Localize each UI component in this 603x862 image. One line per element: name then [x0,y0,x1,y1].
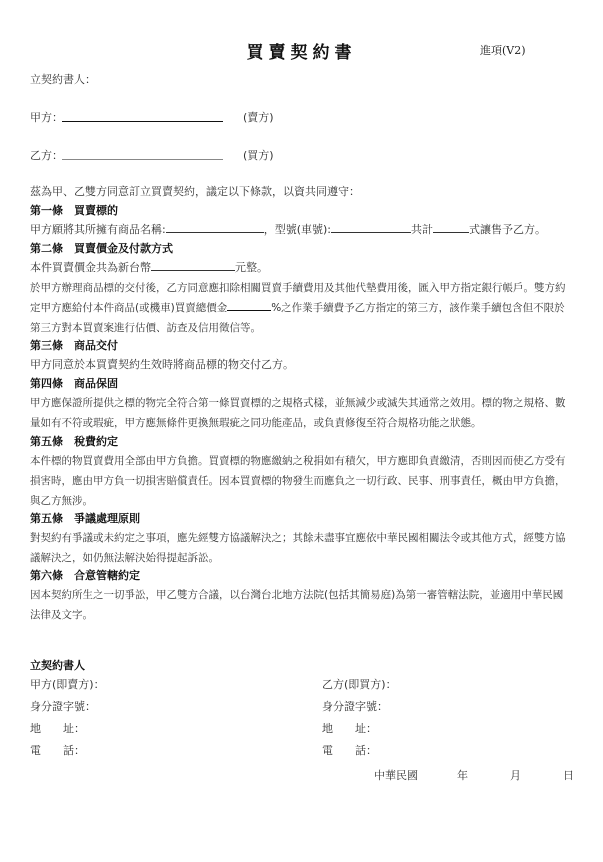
article-5-line-3: 與乙方無涉。 [30,491,93,511]
article-6-heading: 第六條 合意管轄約定 [30,566,140,586]
article-5-line-1: 本件標的物買賣費用全部由甲方負擔。買賣標的物應繳納之稅捐如有積欠，甲方應即負責繳… [30,451,566,471]
party-b-name-field[interactable] [62,159,223,160]
article-5-heading: 第五條 稅費約定 [30,432,118,452]
article-2-fee-scope-text: 第三方對本買賣案進行估價、訪查及信用徵信等。 [30,318,261,338]
sig-party-b-address: 地 址： [322,719,377,739]
version-label: 進項(V2) [480,42,526,58]
sig-party-b: 乙方(即買方)： [322,675,397,695]
sig-party-a: 甲方(即賣方)： [30,675,105,695]
article-2-fee-text: 定甲方應給付本件商品(或機車)買賣總價金%之作業手續費予乙方指定的第三方，該作業… [30,298,565,318]
model-number-blank[interactable] [331,221,411,233]
party-a-name-field[interactable] [62,121,223,122]
article-dispute-heading: 第五條 爭議處理原則 [30,509,140,529]
preamble-text: 茲為甲、乙雙方同意訂立買賣契約，議定以下條款，以資共同遵守： [30,182,360,202]
party-b-role: (買方) [243,146,274,166]
article-6-line-1: 因本契約所生之一切爭訟，甲乙雙方合議，以台灣台北地方法院(包括其簡易庭)為第一審… [30,585,563,605]
article-2-payment-text: 於甲方辦理商品標的交付後，乙方同意應扣除相關買賣手續費用及其他代墊費用後，匯入甲… [30,278,566,298]
quantity-blank[interactable] [433,221,469,233]
date-year: 年 [457,766,468,786]
price-amount-blank[interactable] [151,259,235,271]
date-month: 月 [510,766,521,786]
signature-heading: 立契約書人 [30,656,85,676]
article-2-price-text: 本件買賣價金共為新台幣元整。 [30,258,268,278]
article-dispute-line-2: 議解決之，如仍無法解決始得提起訴訟。 [30,548,219,568]
date-era: 中華民國 [374,766,418,786]
article-1-text: 甲方願將其所擁有商品名稱:，型號(車號):共計式讓售予乙方。 [30,220,546,240]
article-4-line-1: 甲方應保證所提供之標的物完全符合第一條買賣標的之規格式樣，並無減少或滅失其通常之… [30,393,566,413]
sig-party-a-address: 地 址： [30,719,85,739]
article-dispute-line-1: 對契約有爭議或未約定之事項，應先經雙方協議解決之；其餘未盡事宜應依中華民國相關法… [30,528,566,548]
party-a-label: 甲方： [30,108,63,128]
article-3-text: 甲方同意於本買賣契約生效時將商品標的物交付乙方。 [30,355,294,375]
sig-party-a-id: 身分證字號： [30,697,96,717]
sig-party-b-phone: 電 話： [322,741,377,761]
contract-parties-label: 立契約書人： [30,70,96,90]
article-4-line-2: 量如有不符或瑕疵，甲方應無條件更換無瑕疵之同功能產品，或負責修復至符合規格功能之… [30,413,482,433]
sig-party-a-phone: 電 話： [30,741,85,761]
party-a-role: (賣方) [243,108,274,128]
article-3-heading: 第三條 商品交付 [30,336,118,356]
article-1-heading: 第一條 買賣標的 [30,201,118,221]
party-b-label: 乙方： [30,146,63,166]
article-6-line-2: 法律及文字。 [30,605,93,625]
date-day: 日 [563,766,574,786]
article-2-heading: 第二條 買賣價金及付款方式 [30,239,173,259]
fee-percent-blank[interactable] [227,299,271,311]
article-4-heading: 第四條 商品保固 [30,374,118,394]
sig-party-b-id: 身分證字號： [322,697,388,717]
product-name-blank[interactable] [166,221,264,233]
article-5-line-2: 損害時，應由甲方負一切損害賠償責任。因本買賣標的物發生而應負之一切行政、民事、刑… [30,471,566,491]
